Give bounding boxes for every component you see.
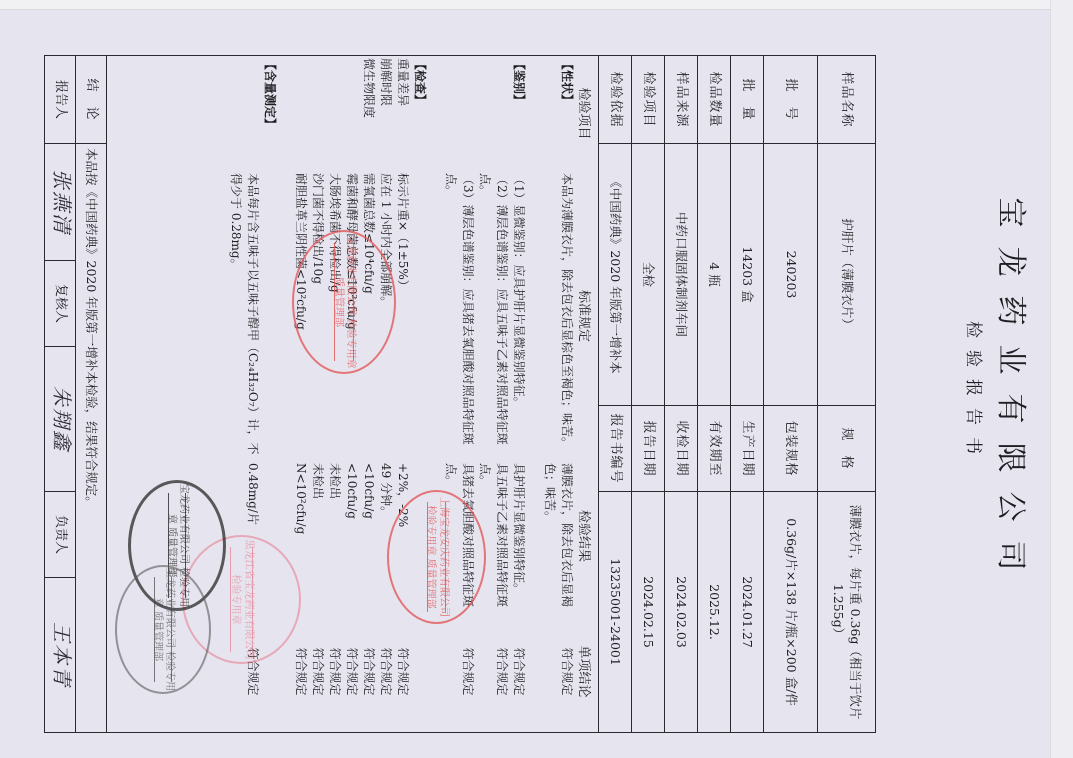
reviewer-signature: 朱翔鑫 — [45, 347, 75, 492]
test-item-name: 微生物限度 — [360, 56, 377, 171]
packaging-value: 0.36g/片×138 片/瓶×200 盒/件 — [764, 492, 818, 733]
report-date-value: 2024.02.15 — [632, 492, 665, 733]
section-gap — [428, 56, 442, 171]
section-title: 【性状】 — [541, 56, 575, 171]
production-date-label: 生产日期 — [731, 406, 764, 492]
conclusion-text: 符合规定 — [541, 611, 575, 732]
standard-text: （2）薄层色谱鉴别：应具五味子乙素对照品特征斑点。 — [476, 171, 510, 461]
standard-text: （1）显微鉴别：应具护肝片显微鉴别特征。 — [510, 171, 527, 461]
result-text: <10cfu/g — [360, 461, 377, 611]
conclusion-text: 符合规定 — [360, 611, 377, 732]
row-batch-qty: 批 量 14203 盒 生产日期 2024.01.27 — [731, 56, 764, 733]
section-title: 【鉴别】 — [510, 56, 527, 171]
section-gap — [428, 171, 442, 461]
reporter-label: 报告人 — [45, 56, 75, 144]
sample-qty-label: 检品数量 — [698, 56, 731, 144]
batch-qty-value: 14203 盒 — [731, 144, 764, 406]
test-item-name — [343, 56, 360, 171]
results-header-result: 检验结果 — [575, 461, 598, 611]
source-value: 中药口服固体制剂车间 — [665, 144, 698, 406]
test-items-label: 检验项目 — [632, 56, 665, 144]
test-item-name — [227, 56, 261, 171]
results-header-item: 检验项目 — [575, 56, 598, 171]
row-sample-qty: 检品数量 4 瓶 有效期至 2025.12. — [698, 56, 731, 733]
conclusion-text: 本品按《中国药典》2020 年版第一增补本检验，结果符合规定。 — [76, 144, 107, 733]
report-no-value: 13235001-24001 — [599, 492, 632, 733]
received-label: 收检日期 — [665, 406, 698, 492]
result-text: <10cfu/g — [343, 461, 360, 611]
test-item-name — [442, 56, 476, 171]
section-title: 【检查】 — [411, 56, 428, 171]
row-basis: 检验依据 《中国药典》2020 年版第一增补本 报告书编号 13235001-2… — [599, 56, 632, 733]
expiry-value: 2025.12. — [698, 492, 731, 733]
company-title: 宝龙药业有限公司 — [992, 55, 1036, 732]
test-item-name: 崩解时限 — [377, 56, 394, 171]
test-item-name — [476, 56, 510, 171]
section-gap — [527, 461, 541, 611]
report-title: 检验报告书 — [963, 55, 988, 732]
section-gap — [428, 611, 442, 732]
section-title: 【含量测定】 — [261, 56, 278, 171]
inspection-report-page: 宝龙药业有限公司 检验报告书 样品名称 护肝片（薄膜衣片） 规 格 薄膜衣片，每… — [48, 55, 876, 732]
section-gap — [527, 611, 541, 732]
conclusion-text: 符合规定 — [442, 611, 476, 732]
inspection-seal-stamp: 宝龙药业有限公司 检验专用章 质量管理部 — [115, 565, 211, 694]
section-gap — [278, 56, 292, 171]
standard-text: 本品每片含五味子以五味子醇甲（C₂₄H₃₂O₇）计，不得少于 0.28mg。 — [227, 171, 261, 461]
responsible-label: 负责人 — [45, 492, 75, 578]
sample-name-value: 护肝片（薄膜衣片） — [818, 144, 876, 406]
sample-name-label: 样品名称 — [818, 56, 876, 144]
batch-no-label: 批 号 — [764, 56, 818, 144]
result-text: 未检出 — [326, 461, 343, 611]
batch-qty-label: 批 量 — [731, 56, 764, 144]
result-text: 薄膜衣片，除去包衣后显褐色；味苦。 — [541, 461, 575, 611]
conclusion-label: 结 论 — [76, 56, 107, 144]
conclusion-text: 符合规定 — [292, 611, 309, 732]
row-source: 样品来源 中药口服固体制剂车间 收检日期 2024.02.03 — [665, 56, 698, 733]
conclusion-text: 符合规定 — [343, 611, 360, 732]
spec-value: 薄膜衣片，每片重 0.36g（相当于饮片 1.255g） — [818, 492, 876, 733]
test-item-name — [292, 56, 309, 171]
spacer — [411, 611, 428, 732]
test-item-name: 重量差异 — [394, 56, 411, 171]
signature-row: 报告人 张燕清 复核人 朱翔鑫 负责人 王本青 — [45, 56, 75, 732]
conclusion-text: 符合规定 — [394, 611, 411, 732]
conclusion-text: 符合规定 — [309, 611, 326, 732]
result-text: 未检出 — [309, 461, 326, 611]
conclusion-text: 符合规定 — [326, 611, 343, 732]
received-value: 2024.02.03 — [665, 492, 698, 733]
row-sample-name: 样品名称 护肝片（薄膜衣片） 规 格 薄膜衣片，每片重 0.36g（相当于饮片 … — [818, 56, 876, 733]
section-gap — [527, 171, 541, 461]
spec-label: 规 格 — [818, 406, 876, 492]
results-header-conclusion: 单项结论 — [575, 611, 598, 732]
scan-edge-top — [0, 0, 1073, 10]
expiry-label: 有效期至 — [698, 406, 731, 492]
test-item-name — [309, 56, 326, 171]
report-date-label: 报告日期 — [632, 406, 665, 492]
row-test-items: 检验项目 全检 报告日期 2024.02.15 — [632, 56, 665, 733]
standard-text: 本品为薄膜衣片，除去包衣后显棕色至褐色；味苦。 — [541, 171, 575, 461]
responsible-signature: 王本青 — [45, 578, 75, 732]
test-items-value: 全检 — [632, 144, 665, 406]
row-batch-no: 批 号 240203 包装规格 0.36g/片×138 片/瓶×200 盒/件 — [764, 56, 818, 733]
test-item-name — [326, 56, 343, 171]
inspection-seal-stamp: 上海宝龙安庆药业有限公司 检验专用章 质量管理部 — [387, 490, 486, 624]
production-date-value: 2024.01.27 — [731, 492, 764, 733]
reporter-signature: 张燕清 — [45, 144, 75, 261]
row-signatures: 报告人 张燕清 复核人 朱翔鑫 负责人 王本青 — [45, 56, 76, 733]
section-gap — [527, 56, 541, 171]
conclusion-text: 符合规定 — [510, 611, 527, 732]
row-conclusion: 结 论 本品按《中国药典》2020 年版第一增补本检验，结果符合规定。 — [76, 56, 107, 733]
sample-qty-value: 4 瓶 — [698, 144, 731, 406]
conclusion-text: 符合规定 — [377, 611, 394, 732]
report-no-label: 报告书编号 — [599, 406, 632, 492]
packaging-label: 包装规格 — [764, 406, 818, 492]
section-gap — [278, 171, 292, 461]
standard-text: （3）薄层色谱鉴别：应具猪去氧胆酸对照品特征斑点。 — [442, 171, 476, 461]
spacer — [261, 171, 278, 461]
reviewer-label: 复核人 — [45, 261, 75, 347]
batch-no-value: 240203 — [764, 144, 818, 406]
conclusion-text: 符合规定 — [476, 611, 510, 732]
result-text: 具护肝片显微鉴别特征。 — [510, 461, 527, 611]
basis-value: 《中国药典》2020 年版第一增补本 — [599, 144, 632, 406]
standard-text: 标示片重×（1±5%） — [394, 171, 411, 461]
inspection-seal-stamp: 宝龙药业有限公司 检验专用章 质量管理部 — [292, 230, 396, 374]
source-label: 样品来源 — [665, 56, 698, 144]
basis-label: 检验依据 — [599, 56, 632, 144]
results-header-standard: 标准规定 — [575, 171, 598, 461]
scan-edge-right — [1050, 0, 1073, 758]
spacer — [411, 171, 428, 461]
